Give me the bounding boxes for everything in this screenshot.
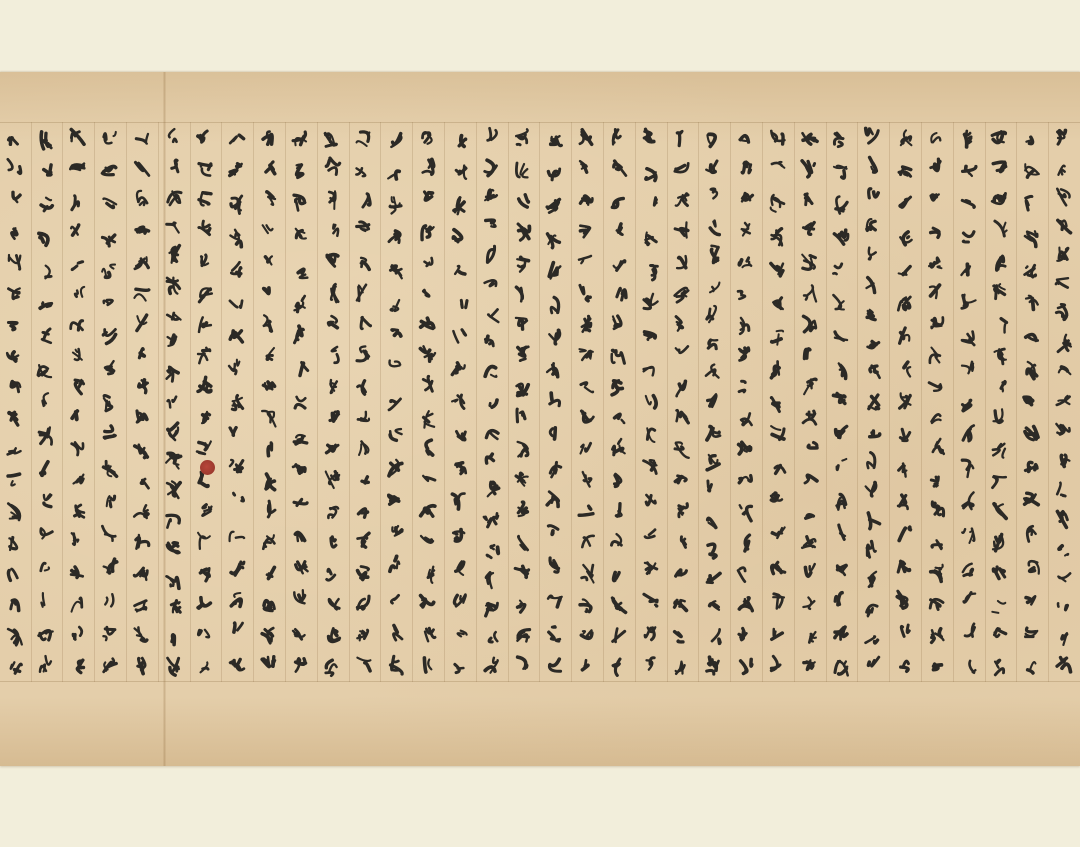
calligraphy-glyph — [36, 193, 56, 215]
calligraphy-glyph — [323, 127, 343, 149]
calligraphy-glyph — [100, 555, 120, 577]
calligraphy-glyph — [800, 500, 820, 522]
calligraphy-glyph — [927, 281, 947, 303]
calligraphy-glyph — [545, 489, 565, 511]
calligraphy-glyph — [895, 589, 915, 611]
calligraphy-glyph — [990, 470, 1010, 492]
text-column — [126, 122, 158, 682]
calligraphy-glyph — [323, 344, 343, 366]
calligraphy-glyph — [100, 357, 120, 379]
calligraphy-glyph — [990, 190, 1010, 212]
calligraphy-glyph — [895, 194, 915, 216]
calligraphy-glyph — [164, 596, 184, 618]
calligraphy-glyph — [895, 391, 915, 413]
calligraphy-glyph — [164, 656, 184, 678]
calligraphy-glyph — [450, 655, 470, 677]
calligraphy-glyph — [895, 654, 915, 676]
calligraphy-glyph — [227, 621, 247, 643]
calligraphy-glyph — [1054, 301, 1074, 323]
calligraphy-glyph — [354, 407, 374, 429]
calligraphy-glyph — [800, 562, 820, 584]
calligraphy-glyph — [1022, 620, 1042, 642]
calligraphy-glyph — [959, 160, 979, 182]
calligraphy-glyph — [354, 157, 374, 179]
calligraphy-glyph — [5, 190, 25, 212]
calligraphy-glyph — [831, 390, 851, 412]
calligraphy-glyph — [132, 251, 152, 273]
calligraphy-glyph — [291, 260, 311, 282]
calligraphy-glyph — [1054, 186, 1074, 208]
calligraphy-glyph — [609, 190, 629, 212]
calligraphy-glyph — [259, 499, 279, 521]
calligraphy-glyph — [577, 314, 597, 336]
calligraphy-glyph — [100, 325, 120, 347]
calligraphy-glyph — [863, 509, 883, 531]
calligraphy-glyph — [641, 654, 661, 676]
calligraphy-glyph — [513, 252, 533, 274]
calligraphy-glyph — [672, 531, 692, 553]
text-column — [603, 122, 635, 682]
calligraphy-glyph — [36, 261, 56, 283]
calligraphy-glyph — [672, 126, 692, 148]
calligraphy-glyph — [609, 407, 629, 429]
calligraphy-glyph — [323, 282, 343, 304]
calligraphy-glyph — [386, 326, 406, 348]
calligraphy-glyph — [990, 407, 1010, 429]
calligraphy-glyph — [1022, 127, 1042, 149]
calligraphy-glyph — [641, 556, 661, 578]
calligraphy-glyph — [736, 531, 756, 553]
calligraphy-glyph — [736, 220, 756, 242]
calligraphy-glyph — [513, 532, 533, 554]
calligraphy-glyph — [132, 470, 152, 492]
calligraphy-glyph — [354, 219, 374, 241]
calligraphy-glyph — [386, 654, 406, 676]
calligraphy-glyph — [736, 158, 756, 180]
calligraphy-glyph — [100, 127, 120, 149]
calligraphy-glyph — [100, 227, 120, 249]
calligraphy-glyph — [5, 439, 25, 461]
calligraphy-glyph — [641, 228, 661, 250]
calligraphy-glyph — [927, 623, 947, 645]
calligraphy-glyph — [1022, 456, 1042, 478]
calligraphy-glyph — [609, 437, 629, 459]
calligraphy-glyph — [482, 598, 502, 620]
calligraphy-glyph — [895, 523, 915, 545]
text-column — [698, 122, 730, 682]
calligraphy-glyph — [386, 226, 406, 248]
calligraphy-glyph — [68, 437, 88, 459]
calligraphy-glyph — [323, 189, 343, 211]
calligraphy-glyph — [386, 129, 406, 151]
calligraphy-glyph — [704, 627, 724, 649]
calligraphy-glyph — [450, 226, 470, 248]
calligraphy-glyph — [36, 226, 56, 248]
calligraphy-glyph — [354, 654, 374, 676]
calligraphy-glyph — [164, 126, 184, 148]
calligraphy-glyph — [291, 458, 311, 480]
calligraphy-glyph — [609, 281, 629, 303]
calligraphy-glyph — [513, 594, 533, 616]
calligraphy-glyph — [800, 314, 820, 336]
calligraphy-glyph — [513, 159, 533, 181]
calligraphy-glyph — [36, 324, 56, 346]
calligraphy-glyph — [259, 188, 279, 210]
calligraphy-glyph — [227, 159, 247, 181]
calligraphy-glyph — [1022, 522, 1042, 544]
calligraphy-glyph — [927, 530, 947, 552]
calligraphy-glyph — [323, 156, 343, 178]
calligraphy-glyph — [5, 376, 25, 398]
calligraphy-glyph — [227, 227, 247, 249]
calligraphy-glyph — [672, 158, 692, 180]
calligraphy-glyph — [959, 490, 979, 512]
calligraphy-glyph — [577, 343, 597, 365]
calligraphy-glyph — [863, 214, 883, 236]
calligraphy-glyph — [927, 592, 947, 614]
calligraphy-glyph — [259, 156, 279, 178]
calligraphy-glyph — [132, 439, 152, 461]
text-column — [380, 122, 412, 682]
calligraphy-glyph — [36, 523, 56, 545]
calligraphy-glyph — [545, 259, 565, 281]
calligraphy-glyph — [259, 438, 279, 460]
calligraphy-glyph — [800, 624, 820, 646]
calligraphy-glyph — [450, 425, 470, 447]
text-column — [317, 122, 349, 682]
calligraphy-glyph — [545, 425, 565, 447]
calligraphy-glyph — [863, 391, 883, 413]
calligraphy-glyph — [577, 159, 597, 181]
calligraphy-glyph — [768, 358, 788, 380]
text-column — [826, 122, 858, 682]
calligraphy-glyph — [227, 655, 247, 677]
calligraphy-glyph — [227, 194, 247, 216]
calligraphy-glyph — [577, 531, 597, 553]
calligraphy-glyph — [672, 657, 692, 679]
calligraphy-glyph — [5, 157, 25, 179]
calligraphy-glyph — [927, 221, 947, 243]
calligraphy-glyph — [768, 457, 788, 479]
calligraphy-glyph — [672, 500, 692, 522]
calligraphy-glyph — [259, 343, 279, 365]
calligraphy-glyph — [450, 128, 470, 150]
calligraphy-glyph — [768, 259, 788, 281]
calligraphy-glyph — [959, 587, 979, 609]
calligraphy-glyph — [577, 251, 597, 273]
calligraphy-glyph — [545, 522, 565, 544]
calligraphy-glyph — [68, 252, 88, 274]
calligraphy-glyph — [323, 626, 343, 648]
text-column — [635, 122, 667, 682]
calligraphy-glyph — [291, 425, 311, 447]
calligraphy-glyph — [164, 274, 184, 296]
calligraphy-glyph — [704, 655, 724, 677]
calligraphy-glyph — [482, 628, 502, 650]
calligraphy-glyph — [323, 377, 343, 399]
calligraphy-glyph — [990, 562, 1010, 584]
calligraphy-glyph — [5, 470, 25, 492]
calligraphy-glyph — [195, 593, 215, 615]
calligraphy-glyph — [672, 283, 692, 305]
calligraphy-glyph — [450, 161, 470, 183]
calligraphy-glyph — [959, 524, 979, 546]
calligraphy-glyph — [195, 156, 215, 178]
calligraphy-glyph — [1022, 292, 1042, 314]
calligraphy-glyph — [164, 537, 184, 559]
calligraphy-glyph — [513, 282, 533, 304]
calligraphy-glyph — [704, 127, 724, 149]
calligraphy-glyph — [990, 157, 1010, 179]
calligraphy-glyph — [609, 377, 629, 399]
calligraphy-glyph — [959, 260, 979, 282]
calligraphy-glyph — [704, 243, 724, 265]
text-column — [190, 122, 222, 682]
calligraphy-glyph — [990, 281, 1010, 303]
calligraphy-glyph — [164, 362, 184, 384]
calligraphy-glyph — [132, 313, 152, 335]
calligraphy-glyph — [100, 623, 120, 645]
calligraphy-glyph — [641, 126, 661, 148]
calligraphy-glyph — [354, 189, 374, 211]
calligraphy-glyph — [545, 555, 565, 577]
calligraphy-glyph — [354, 625, 374, 647]
calligraphy-glyph — [482, 478, 502, 500]
calligraphy-glyph — [36, 292, 56, 314]
calligraphy-glyph — [259, 563, 279, 585]
calligraphy-glyph — [354, 469, 374, 491]
calligraphy-glyph — [323, 563, 343, 585]
text-column — [857, 122, 889, 682]
text-column — [476, 122, 508, 682]
calligraphy-glyph — [450, 556, 470, 578]
text-column — [762, 122, 794, 682]
calligraphy-glyph — [672, 562, 692, 584]
calligraphy-glyph — [895, 458, 915, 480]
calligraphy-glyph — [450, 293, 470, 315]
calligraphy-glyph — [959, 227, 979, 249]
calligraphy-glyph — [323, 594, 343, 616]
calligraphy-glyph — [736, 125, 756, 147]
calligraphy-glyph — [672, 469, 692, 491]
calligraphy-glyph — [831, 127, 851, 149]
calligraphy-glyph — [482, 450, 502, 472]
calligraphy-glyph — [164, 509, 184, 531]
calligraphy-glyph — [100, 654, 120, 676]
red-seal-icon — [200, 460, 215, 475]
calligraphy-glyph — [704, 332, 724, 354]
calligraphy-glyph — [927, 156, 947, 178]
calligraphy-glyph — [768, 192, 788, 214]
calligraphy-glyph — [1022, 555, 1042, 577]
calligraphy-glyph — [927, 655, 947, 677]
calligraphy-glyph — [831, 258, 851, 280]
calligraphy-glyph — [100, 458, 120, 480]
calligraphy-glyph — [418, 126, 438, 148]
calligraphy-glyph — [418, 408, 438, 430]
calligraphy-glyph — [36, 622, 56, 644]
calligraphy-glyph — [800, 468, 820, 490]
calligraphy-glyph — [450, 588, 470, 610]
calligraphy-glyph — [513, 190, 533, 212]
calligraphy-glyph — [672, 625, 692, 647]
calligraphy-glyph — [68, 625, 88, 647]
calligraphy-glyph — [831, 456, 851, 478]
calligraphy-glyph — [609, 470, 629, 492]
calligraphy-glyph — [1054, 391, 1074, 413]
calligraphy-glyph — [259, 624, 279, 646]
calligraphy-glyph — [386, 392, 406, 414]
calligraphy-glyph — [36, 654, 56, 676]
calligraphy-glyph — [259, 470, 279, 492]
calligraphy-glyph — [100, 392, 120, 414]
calligraphy-glyph — [800, 128, 820, 150]
calligraphy-glyph — [195, 127, 215, 149]
calligraphy-glyph — [195, 656, 215, 678]
calligraphy-glyph — [418, 344, 438, 366]
calligraphy-glyph — [768, 489, 788, 511]
calligraphy-glyph — [132, 220, 152, 242]
text-column — [667, 122, 699, 682]
calligraphy-glyph — [5, 282, 25, 304]
calligraphy-glyph — [291, 192, 311, 214]
calligraphy-glyph — [482, 655, 502, 677]
calligraphy-glyph — [641, 193, 661, 215]
calligraphy-glyph — [704, 216, 724, 238]
calligraphy-glyph — [609, 563, 629, 585]
calligraphy-glyph — [895, 490, 915, 512]
calligraphy-glyph — [513, 377, 533, 399]
calligraphy-glyph — [1054, 362, 1074, 384]
calligraphy-glyph — [800, 438, 820, 460]
calligraphy-glyph — [291, 292, 311, 314]
calligraphy-glyph — [482, 422, 502, 444]
calligraphy-glyph — [1022, 359, 1042, 381]
calligraphy-glyph — [323, 312, 343, 334]
calligraphy-glyph — [704, 538, 724, 560]
calligraphy-glyph — [800, 375, 820, 397]
calligraphy-glyph — [227, 128, 247, 150]
calligraphy-glyph — [450, 523, 470, 545]
calligraphy-glyph — [291, 160, 311, 182]
calligraphy-glyph — [736, 375, 756, 397]
calligraphy-glyph — [609, 656, 629, 678]
calligraphy-glyph — [482, 331, 502, 353]
calligraphy-glyph — [164, 390, 184, 412]
calligraphy-glyph — [354, 282, 374, 304]
calligraphy-glyph — [831, 161, 851, 183]
calligraphy-glyph — [672, 252, 692, 274]
text-column — [412, 122, 444, 682]
calligraphy-glyph — [863, 125, 883, 147]
calligraphy-glyph — [259, 654, 279, 676]
calligraphy-glyph — [259, 530, 279, 552]
text-column — [349, 122, 381, 682]
calligraphy-glyph — [100, 261, 120, 283]
calligraphy-glyph — [132, 595, 152, 617]
calligraphy-glyph — [354, 313, 374, 335]
calligraphy-text-area — [0, 122, 1080, 682]
calligraphy-glyph — [291, 588, 311, 610]
calligraphy-glyph — [291, 489, 311, 511]
calligraphy-glyph — [354, 500, 374, 522]
calligraphy-glyph — [513, 313, 533, 335]
calligraphy-glyph — [164, 332, 184, 354]
calligraphy-glyph — [5, 657, 25, 679]
calligraphy-glyph — [577, 188, 597, 210]
calligraphy-glyph — [863, 245, 883, 267]
calligraphy-glyph — [704, 479, 724, 501]
calligraphy-glyph — [259, 376, 279, 398]
calligraphy-glyph — [641, 491, 661, 513]
calligraphy-glyph — [736, 624, 756, 646]
calligraphy-glyph — [227, 357, 247, 379]
calligraphy-glyph — [927, 407, 947, 429]
calligraphy-glyph — [736, 282, 756, 304]
calligraphy-glyph — [959, 127, 979, 149]
calligraphy-glyph — [768, 159, 788, 181]
calligraphy-glyph — [704, 390, 724, 412]
text-column — [253, 122, 285, 682]
calligraphy-glyph — [641, 588, 661, 610]
calligraphy-glyph — [800, 190, 820, 212]
calligraphy-glyph — [164, 478, 184, 500]
calligraphy-glyph — [609, 593, 629, 615]
calligraphy-glyph — [1022, 192, 1042, 214]
calligraphy-glyph — [831, 656, 851, 678]
calligraphy-glyph — [1054, 478, 1074, 500]
calligraphy-glyph — [291, 127, 311, 149]
calligraphy-glyph — [863, 655, 883, 677]
text-column — [221, 122, 253, 682]
calligraphy-glyph — [354, 593, 374, 615]
text-column — [794, 122, 826, 682]
calligraphy-glyph — [577, 501, 597, 523]
calligraphy-glyph — [100, 523, 120, 545]
calligraphy-glyph — [863, 184, 883, 206]
calligraphy-glyph — [990, 532, 1010, 554]
handscroll-paper — [0, 72, 1080, 766]
calligraphy-glyph — [227, 292, 247, 314]
calligraphy-glyph — [513, 561, 533, 583]
calligraphy-glyph — [863, 539, 883, 561]
calligraphy-glyph — [5, 127, 25, 149]
calligraphy-glyph — [354, 562, 374, 584]
calligraphy-glyph — [418, 188, 438, 210]
calligraphy-glyph — [513, 439, 533, 461]
calligraphy-glyph — [895, 293, 915, 315]
calligraphy-glyph — [863, 450, 883, 472]
calligraphy-glyph — [5, 313, 25, 335]
calligraphy-glyph — [132, 375, 152, 397]
calligraphy-glyph — [354, 252, 374, 274]
calligraphy-glyph — [291, 524, 311, 546]
calligraphy-glyph — [768, 654, 788, 676]
calligraphy-glyph — [450, 259, 470, 281]
calligraphy-glyph — [768, 622, 788, 644]
calligraphy-glyph — [354, 128, 374, 150]
calligraphy-glyph — [5, 345, 25, 367]
calligraphy-glyph — [545, 325, 565, 347]
calligraphy-glyph — [545, 622, 565, 644]
calligraphy-glyph — [100, 590, 120, 612]
calligraphy-glyph — [513, 343, 533, 365]
calligraphy-glyph — [259, 283, 279, 305]
calligraphy-glyph — [418, 531, 438, 553]
text-column — [889, 122, 921, 682]
calligraphy-glyph — [1054, 272, 1074, 294]
calligraphy-glyph — [959, 359, 979, 381]
